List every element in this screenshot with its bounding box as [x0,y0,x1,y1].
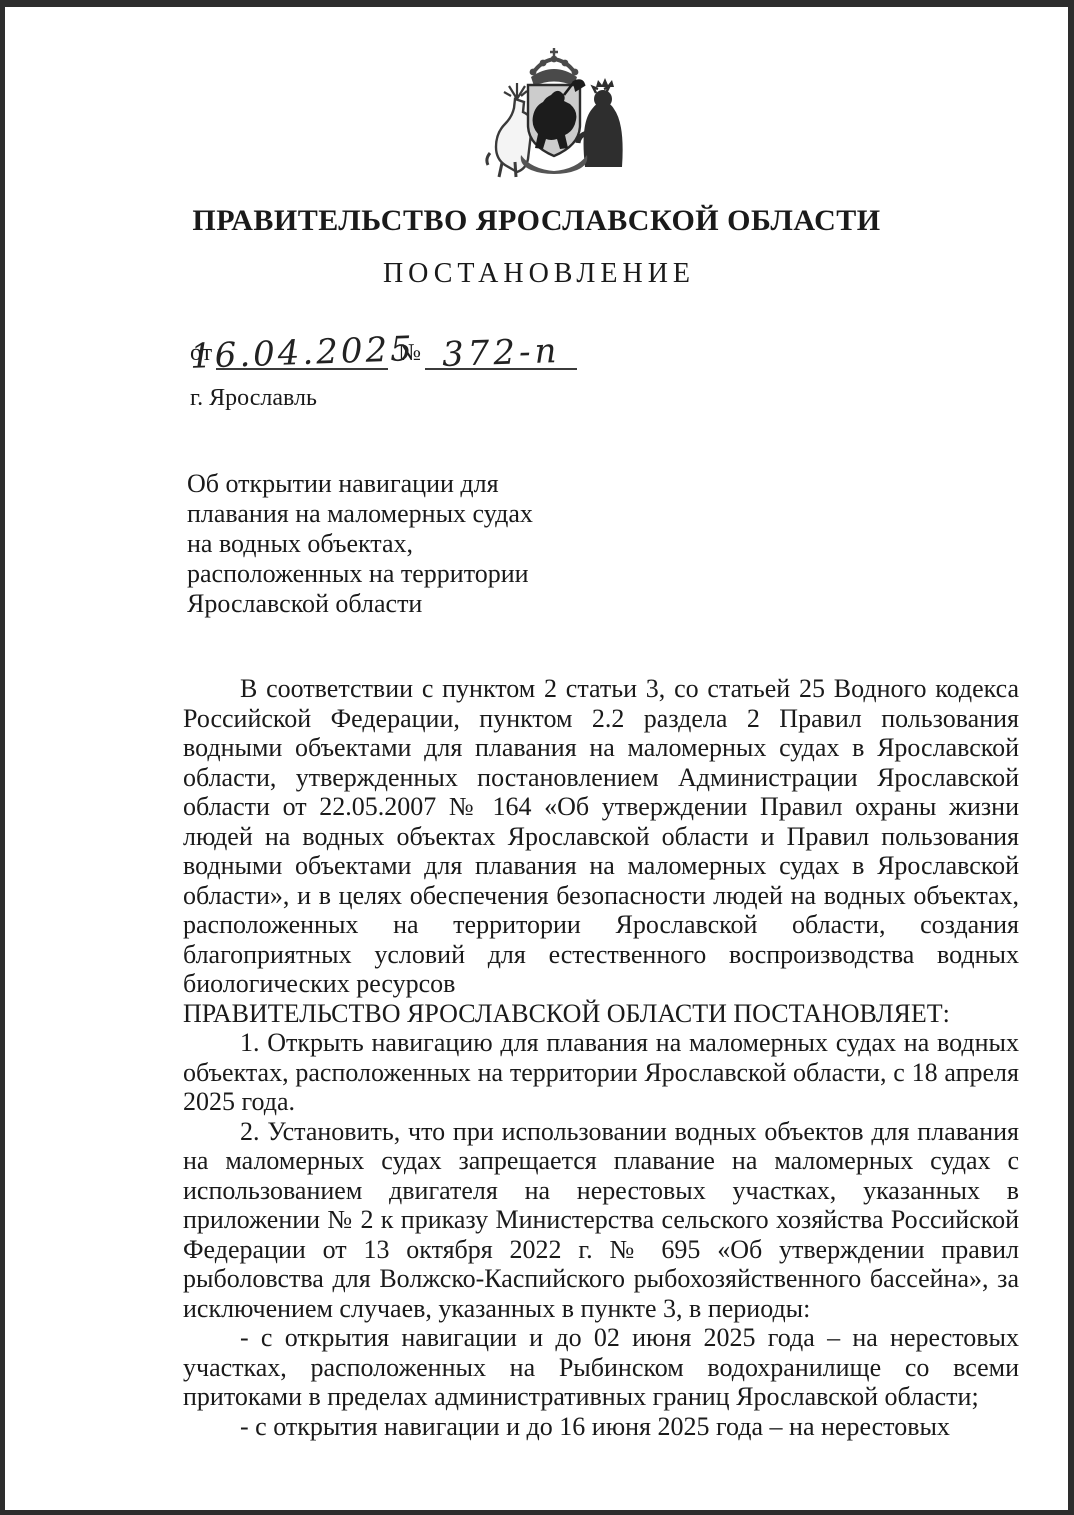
number-blank-line: 372-п [425,334,577,370]
body-item-4: - с открытия навигации и до 16 июня 2025… [183,1412,1019,1442]
document-page: ПРАВИТЕЛЬСТВО ЯРОСЛАВСКОЙ ОБЛАСТИ ПОСТАН… [0,0,1074,1515]
document-subject: Об открытии навигации для плавания на ма… [187,469,607,619]
pedestal-ornament-icon [521,155,588,174]
issue-city: г. Ярославль [190,385,317,412]
date-value-handwritten: 16.04.2025 [189,332,415,374]
shield-icon [528,81,584,156]
crown-icon [530,48,579,86]
resolution-clause: ПРАВИТЕЛЬСТВО ЯРОСЛАВСКОЙ ОБЛАСТИ ПОСТАН… [183,999,1019,1029]
document-type-heading: ПОСТАНОВЛЕНИЕ [5,258,1068,290]
body-item-1: 1. Открыть навигацию для плавания на мал… [183,1028,1019,1117]
issue-line: от 16.04.2025 № 372-п [190,334,577,370]
number-value-handwritten: 372-п [441,334,560,372]
document-body: В соответствии с пунктом 2 статьи 3, со … [183,674,1019,1441]
body-item-2: 2. Установить, что при использовании вод… [183,1117,1019,1324]
yaroslavl-oblast-coat-of-arms-icon [469,43,639,183]
body-item-3: - с открытия навигации и до 02 июня 2025… [183,1323,1019,1412]
date-blank-line: 16.04.2025 [216,334,388,370]
preamble-paragraph: В соответствии с пунктом 2 статьи 3, со … [183,674,1019,999]
bear-supporter-icon [578,78,623,167]
org-name-heading: ПРАВИТЕЛЬСТВО ЯРОСЛАВСКОЙ ОБЛАСТИ [5,204,1068,238]
